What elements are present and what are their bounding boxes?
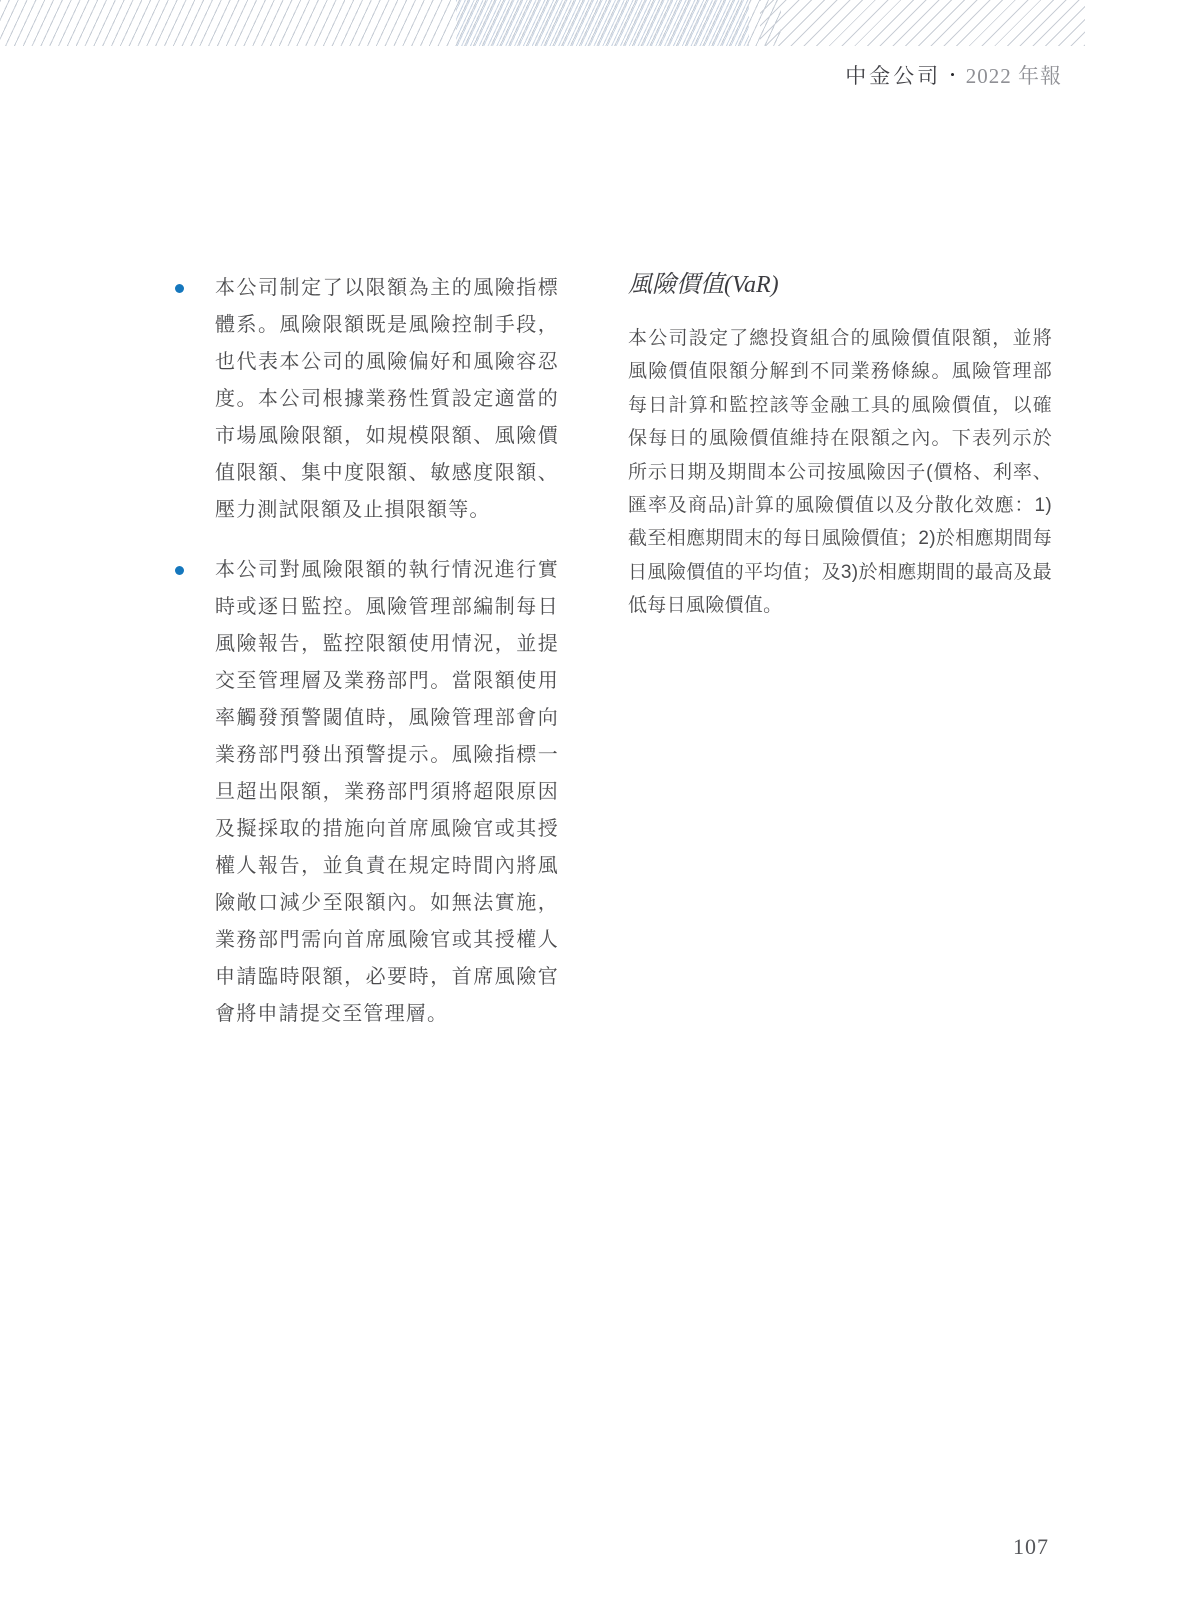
separator-dot-icon: • (950, 67, 955, 83)
bullet-dot-icon (175, 284, 184, 293)
document-page: 中金公司 • 2022 年報 本公司制定了以限額為主的風險指標體系。風險限額既是… (0, 0, 1190, 1615)
bullet-item: 本公司對風險限額的執行情況進行實時或逐日監控。風險管理部編制每日風險報告，監控限… (175, 552, 559, 1033)
bullet-item: 本公司制定了以限額為主的風險指標體系。風險限額既是風險控制手段，也代表本公司的風… (175, 270, 559, 529)
running-head: 中金公司 • 2022 年報 (845, 60, 1062, 90)
right-text-column: 風險價值(VaR) 本公司設定了總投資組合的風險價值限額，並將風險價值限額分解到… (628, 270, 1052, 623)
left-text-column: 本公司制定了以限額為主的風險指標體系。風險限額既是風險控制手段，也代表本公司的風… (175, 270, 559, 1056)
section-heading-var: 風險價值(VaR) (628, 270, 1052, 300)
bullet-dot-icon (175, 566, 184, 575)
page-number: 107 (1013, 1534, 1049, 1560)
var-paragraph: 本公司設定了總投資組合的風險價值限額，並將風險價值限額分解到不同業務條線。風險管… (628, 322, 1052, 623)
company-name: 中金公司 (845, 60, 941, 90)
stripes-right-section (760, 0, 1086, 46)
bullet-text: 本公司制定了以限額為主的風險指標體系。風險限額既是風險控制手段，也代表本公司的風… (215, 270, 559, 529)
stripes-dense-middle-section (456, 0, 749, 46)
decorative-stripes-band (0, 0, 1085, 46)
bullet-text: 本公司對風險限額的執行情況進行實時或逐日監控。風險管理部編制每日風險報告，監控限… (215, 552, 559, 1033)
report-edition: 2022 年報 (966, 60, 1062, 90)
